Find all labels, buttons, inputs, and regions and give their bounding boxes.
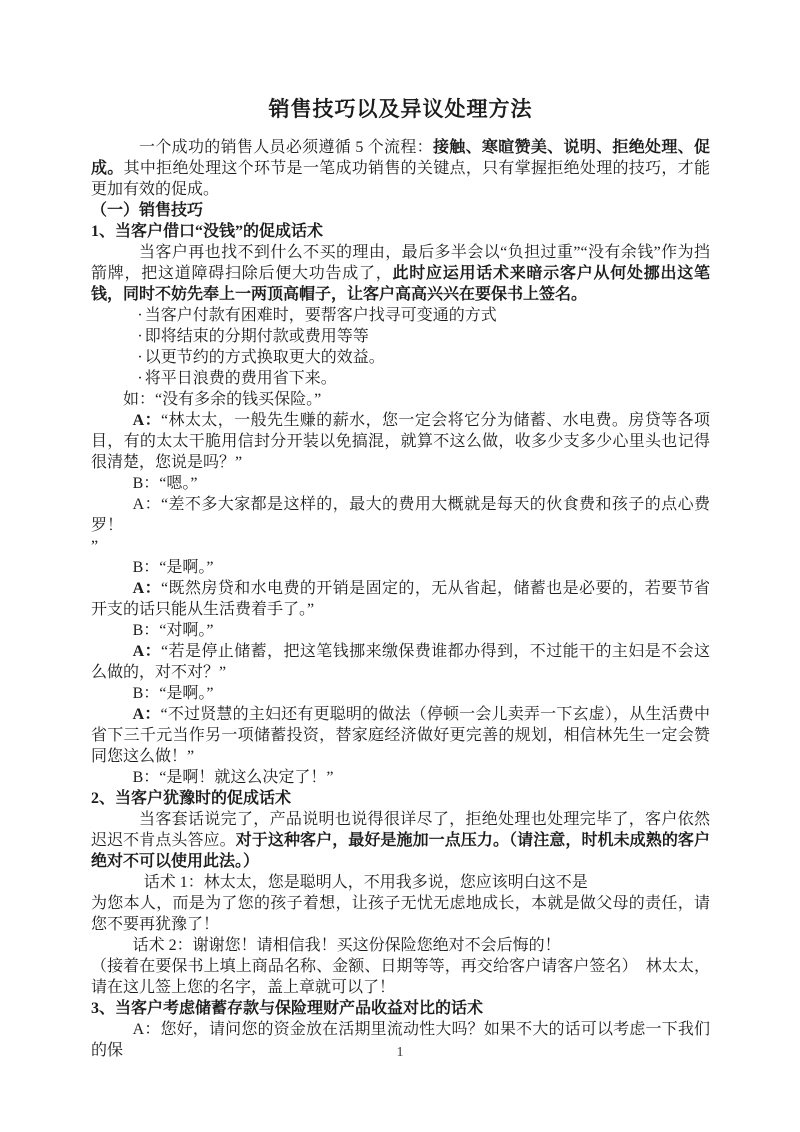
text-run: 即将结束的分期付款或费用等等 xyxy=(145,328,369,345)
document-body: 一个成功的销售人员必须遵循 5 个流程：接触、寒暄赞美、说明、拒绝处理、促成。其… xyxy=(91,137,710,1061)
text-run: （一）销售技巧 xyxy=(91,202,203,219)
text-run: 话术 1：林太太，您是聪明人，不用我多说，您应该明白这不是 xyxy=(144,874,588,891)
text-run: B：“是啊。” xyxy=(133,559,214,576)
text-run: 1、当客户借口“没钱”的促成话术 xyxy=(91,223,323,240)
text-run: “既然房贷和水电费的开销是固定的，无从省起，储蓄也是必要的，若要节省开支的话只能… xyxy=(91,580,710,618)
dialogue-line: A：“差不多大家都是这样的，最大的费用大概就是每天的伙食费和孩子的点心费罗！” xyxy=(91,494,710,557)
text-run: A： xyxy=(133,412,161,429)
text-run: A： xyxy=(133,706,161,723)
paragraph: （接着在要保书上填上商品名称、金额、日期等等，再交给客户请客户签名） 林太太，请… xyxy=(91,956,710,998)
dialogue-line: B：“是啊！就这么决定了！” xyxy=(91,767,710,788)
bullet-dot-icon: · xyxy=(137,349,144,366)
text-run: B：“对啊。” xyxy=(133,622,214,639)
text-run: 如：“没有多余的钱买保险。” xyxy=(123,391,321,408)
text-run: B：“是啊。” xyxy=(133,685,214,702)
bullet-dot-icon: · xyxy=(137,307,144,324)
text-run: A： xyxy=(133,643,161,660)
text-run: “林太太，一般先生赚的薪水，您一定会将它分为储蓄、水电费。房贷等各项目，有的太太… xyxy=(91,412,710,471)
text-run: B：“嗯。” xyxy=(133,475,198,492)
dialogue-line: B：“是啊。” xyxy=(91,557,710,578)
dialogue-line: 话术 2：谢谢您！请相信我！买这份保险您绝对不会后悔的！ xyxy=(91,935,710,956)
text-run: 一个成功的销售人员必须遵循 5 个流程： xyxy=(139,139,433,156)
dialogue-line: B：“对啊。” xyxy=(91,620,710,641)
bullet-item: ·当客户付款有困难时，要帮客户找寻可变通的方式 xyxy=(91,305,710,326)
dialogue-line: B：“是啊。” xyxy=(91,683,710,704)
text-run: “不过贤慧的主妇还有更聪明的做法（停顿一会儿卖弄一下玄虚），从生活费中省下三千元… xyxy=(91,706,710,765)
page-title: 销售技巧以及异议处理方法 xyxy=(91,96,710,122)
dialogue-line: A：“林太太，一般先生赚的薪水，您一定会将它分为储蓄、水电费。房贷等各项目，有的… xyxy=(91,410,710,473)
text-run: 为您本人，而是为了您的孩子着想，让孩子无忧无虑地成长，本就是做父母的责任，请您不… xyxy=(91,895,710,933)
text-run: 话术 2：谢谢您！请相信我！买这份保险您绝对不会后悔的！ xyxy=(133,937,561,954)
text-run: （接着在要保书上填上商品名称、金额、日期等等，再交给客户请客户签名） 林太太，请… xyxy=(91,958,710,996)
paragraph: 一个成功的销售人员必须遵循 5 个流程：接触、寒暄赞美、说明、拒绝处理、促成。其… xyxy=(91,137,710,200)
text-run: ” xyxy=(91,538,98,555)
text-run: A：“差不多大家都是这样的，最大的费用大概就是每天的伙食费和孩子的点心费罗！ xyxy=(91,496,710,534)
dialogue-line: A：“既然房贷和水电费的开销是固定的，无从省起，储蓄也是必要的，若要节省开支的话… xyxy=(91,578,710,620)
example-line: 如：“没有多余的钱买保险。” xyxy=(91,389,710,410)
dialogue-line: A：“若是停止储蓄，把这笔钱挪来缴保费谁都办得到，不过能干的主妇是不会这么做的，… xyxy=(91,641,710,683)
page-number: 1 xyxy=(0,1044,800,1062)
section-heading: 1、当客户借口“没钱”的促成话术 xyxy=(91,221,710,242)
text-run: 以更节约的方式换取更大的效益。 xyxy=(145,349,385,366)
script-line: 话术 1：林太太，您是聪明人，不用我多说，您应该明白这不是为您本人，而是为了您的… xyxy=(91,872,710,935)
text-run: 3、当客户考虑储蓄存款与保险理财产品收益对比的话术 xyxy=(91,1000,483,1017)
text-run: “若是停止储蓄，把这笔钱挪来缴保费谁都办得到，不过能干的主妇是不会这么做的，对不… xyxy=(91,643,710,681)
paragraph: 当客户再也找不到什么不买的理由，最后多半会以“负担过重”“没有余钱”作为挡箭牌，… xyxy=(91,242,710,305)
bullet-dot-icon: · xyxy=(137,370,144,387)
text-run: 2、当客户犹豫时的促成话术 xyxy=(91,790,291,807)
bullet-dot-icon: · xyxy=(137,328,144,345)
text-run: 其中拒绝处理这个环节是一笔成功销售的关键点，只有掌握拒绝处理的技巧，才能更加有效… xyxy=(91,160,710,198)
paragraph: 当客套话说完了，产品说明也说得很详尽了，拒绝处理也处理完毕了，客户依然迟迟不肯点… xyxy=(91,809,710,872)
dialogue-line: B：“嗯。” xyxy=(91,473,710,494)
document-page: 销售技巧以及异议处理方法 一个成功的销售人员必须遵循 5 个流程：接触、寒暄赞美… xyxy=(0,0,800,1132)
text-run: 当客户付款有困难时，要帮客户找寻可变通的方式 xyxy=(145,307,497,324)
section-heading: 3、当客户考虑储蓄存款与保险理财产品收益对比的话术 xyxy=(91,998,710,1019)
section-heading: 2、当客户犹豫时的促成话术 xyxy=(91,788,710,809)
text-run: A： xyxy=(133,580,161,597)
text-run: B：“是啊！就这么决定了！” xyxy=(133,769,334,786)
dialogue-line: A：“不过贤慧的主妇还有更聪明的做法（停顿一会儿卖弄一下玄虚），从生活费中省下三… xyxy=(91,704,710,767)
section-heading: （一）销售技巧 xyxy=(91,200,710,221)
bullet-item: ·以更节约的方式换取更大的效益。 xyxy=(91,347,710,368)
bullet-item: ·即将结束的分期付款或费用等等 xyxy=(91,326,710,347)
bullet-item: ·将平日浪费的费用省下来。 xyxy=(91,368,710,389)
text-run: 将平日浪费的费用省下来。 xyxy=(145,370,337,387)
